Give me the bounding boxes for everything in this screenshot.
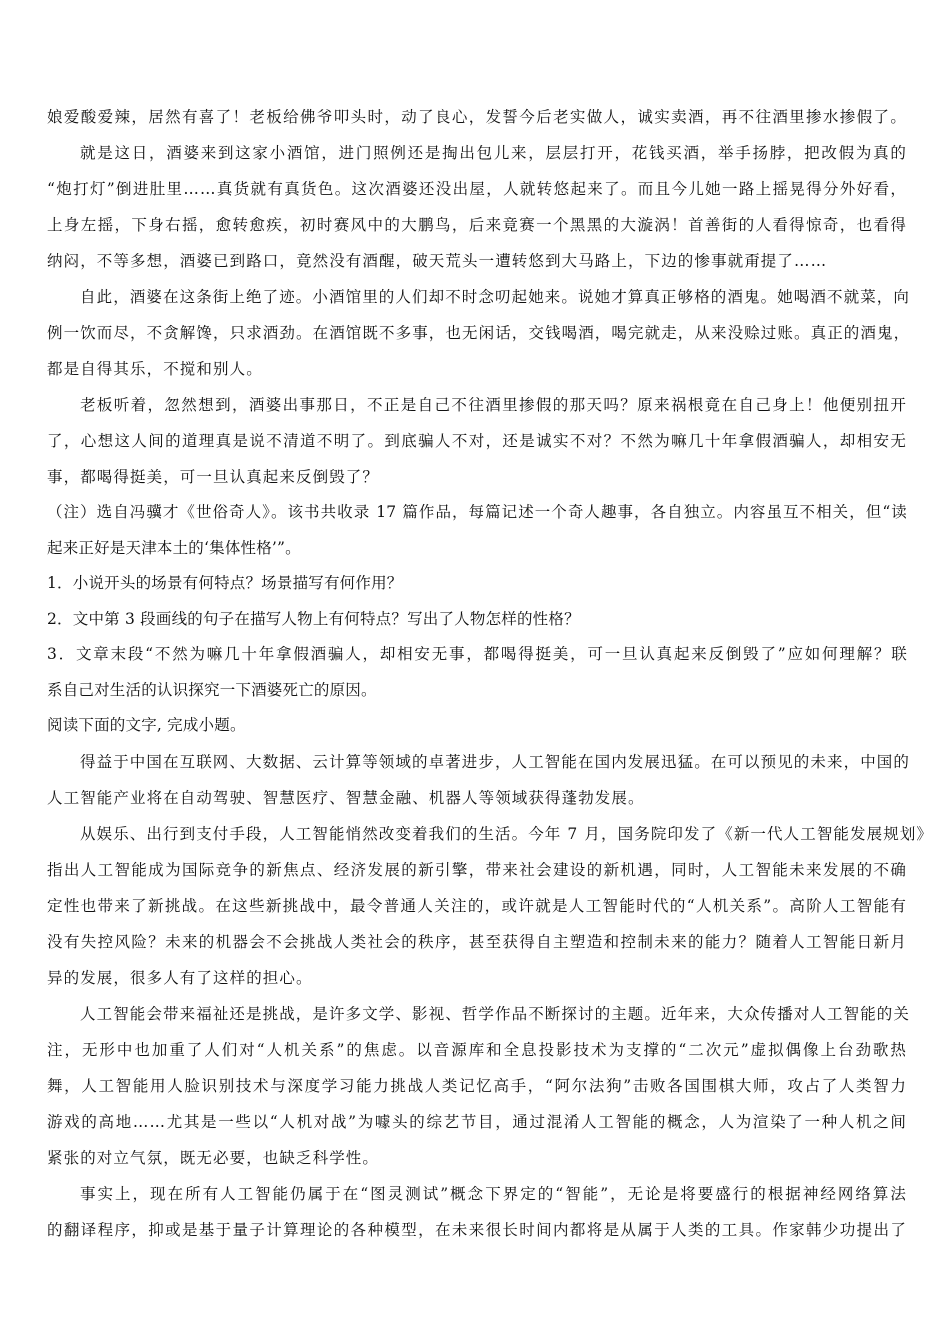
text-line: 人工智能产业将在自动驾驶、智慧医疗、智慧金融、机器人等领域获得蓬勃发展。: [47, 780, 907, 816]
text-line: 人工智能会带来福祉还是挑战，是许多文学、影视、哲学作品不断探讨的主题。近年来，大…: [47, 996, 907, 1032]
text-line: 的翻译程序，抑或是基于量子计算理论的各种模型，在未来很长时间内都将是从属于人类的…: [47, 1212, 907, 1248]
text-line: 例一饮而尽，不贪解馋，只求酒劲。在酒馆既不多事，也无闲话，交钱喝酒，喝完就走，从…: [47, 315, 907, 351]
story-section: 娘爱酸爱辣，居然有喜了！老板给佛爷叩头时，动了良心，发誓今后老实做人，诚实卖酒，…: [47, 99, 907, 495]
text-line: 上身左摇，下身右摇，愈转愈疾，初时赛风中的大鹏鸟，后来竟赛一个黑黑的大漩涡！首善…: [47, 207, 907, 243]
text-line: 都是自得其乐，不搅和别人。: [47, 351, 907, 387]
text-line: 指出人工智能成为国际竞争的新焦点、经济发展的新引擎，带来社会建设的新机遇，同时，…: [47, 852, 907, 888]
text-line: 紧张的对立气氛，既无必要，也缺乏科学性。: [47, 1140, 907, 1176]
question-text: 文中第 3 段画线的句子在描写人物上有何特点？写出了人物怎样的性格？: [73, 610, 580, 628]
source-note: （注）选自冯骥才《世俗奇人》。该书共收录 17 篇作品，每篇记述一个奇人趣事，各…: [47, 495, 907, 566]
question-text: 小说开头的场景有何特点？场景描写有何作用？: [73, 574, 403, 592]
question-number: 2．: [47, 610, 73, 628]
question-3: 3．文章末段“不然为嘛几十年拿假酒骗人，却相安无事，都喝得挺美，可一旦认真起来反…: [47, 637, 907, 673]
document-page: 娘爱酸爱辣，居然有喜了！老板给佛爷叩头时，动了良心，发誓今后老实做人，诚实卖酒，…: [47, 99, 907, 1248]
article-paragraph-4: 事实上，现在所有人工智能仍属于在“图灵测试”概念下界定的“智能”，无论是将要盛行…: [47, 1176, 907, 1248]
text-line: 娘爱酸爱辣，居然有喜了！老板给佛爷叩头时，动了良心，发誓今后老实做人，诚实卖酒，…: [47, 99, 907, 135]
question-text: 文章末段“不然为嘛几十年拿假酒骗人，却相安无事，都喝得挺美，可一旦认真起来反倒毁…: [76, 645, 907, 663]
text-line: 异的发展，很多人有了这样的担心。: [47, 960, 907, 996]
article-section: 得益于中国在互联网、大数据、云计算等领域的卓著进步，人工智能在国内发展迅猛。在可…: [47, 744, 907, 1248]
question-1: 1．小说开头的场景有何特点？场景描写有何作用？: [47, 566, 907, 602]
story-paragraph-2: 就是这日，酒婆来到这家小酒馆，进门照例还是掏出包儿来，层层打开，花钱买酒，举手扬…: [47, 135, 907, 279]
question-3-continued: 系自己对生活的认识探究一下酒婆死亡的原因。: [47, 673, 907, 709]
text-line: 自此，酒婆在这条街上绝了迹。小酒馆里的人们却不时念叨起她来。说她才算真正够格的酒…: [47, 279, 907, 315]
story-paragraph-1: 娘爱酸爱辣，居然有喜了！老板给佛爷叩头时，动了良心，发誓今后老实做人，诚实卖酒，…: [47, 99, 907, 135]
text-line: 老板听着，忽然想到，酒婆出事那日，不正是自己不往酒里掺假的那天吗？原来祸根竟在自…: [47, 387, 907, 423]
text-line: 游戏的高地……尤其是一些以“人机对战”为噱头的综艺节目，通过混淆人工智能的概念，…: [47, 1104, 907, 1140]
reading-instruction: 阅读下面的文字, 完成小题。: [47, 708, 907, 744]
text-line: 纳闷，不等多想，酒婆已到路口，竟然没有酒醒，破天荒头一遭转悠到大马路上，下边的惨…: [47, 243, 907, 279]
article-paragraph-1: 得益于中国在互联网、大数据、云计算等领域的卓著进步，人工智能在国内发展迅猛。在可…: [47, 744, 907, 816]
text-line: 事，都喝得挺美，可一旦认真起来反倒毁了？: [47, 459, 907, 495]
text-line: 注，无形中也加重了人们对“人机关系”的焦虑。以音源库和全息投影技术为支撑的“二次…: [47, 1032, 907, 1068]
question-number: 1．: [47, 574, 73, 592]
question-2: 2．文中第 3 段画线的句子在描写人物上有何特点？写出了人物怎样的性格？: [47, 602, 907, 638]
text-line: （注）选自冯骥才《世俗奇人》。该书共收录 17 篇作品，每篇记述一个奇人趣事，各…: [47, 495, 907, 531]
article-paragraph-3: 人工智能会带来福祉还是挑战，是许多文学、影视、哲学作品不断探讨的主题。近年来，大…: [47, 996, 907, 1176]
article-paragraph-2: 从娱乐、出行到支付手段，人工智能悄然改变着我们的生活。今年 7 月，国务院印发了…: [47, 816, 907, 996]
text-line: 就是这日，酒婆来到这家小酒馆，进门照例还是掏出包儿来，层层打开，花钱买酒，举手扬…: [47, 135, 907, 171]
text-line: “炮打灯”倒进肚里……真货就有真货色。这次酒婆还没出屋，人就转悠起来了。而且今儿…: [47, 171, 907, 207]
text-line: 事实上，现在所有人工智能仍属于在“图灵测试”概念下界定的“智能”，无论是将要盛行…: [47, 1176, 907, 1212]
text-line: 舞，人工智能用人脸识别技术与深度学习能力挑战人类记忆高手，“阿尔法狗”击败各国围…: [47, 1068, 907, 1104]
text-line: 了，心想这人间的道理真是说不清道不明了。到底骗人不对，还是诚实不对？不然为嘛几十…: [47, 423, 907, 459]
story-paragraph-3: 自此，酒婆在这条街上绝了迹。小酒馆里的人们却不时念叨起她来。说她才算真正够格的酒…: [47, 279, 907, 387]
text-line: 定性也带来了新挑战。在这些新挑战中，最令普通人关注的，或许就是人工智能时代的“人…: [47, 888, 907, 924]
text-line: 没有失控风险？未来的机器会不会挑战人类社会的秩序，甚至获得自主塑造和控制未来的能…: [47, 924, 907, 960]
text-line: 起来正好是天津本土的‘集体性格’”。: [47, 531, 907, 567]
question-list: 1．小说开头的场景有何特点？场景描写有何作用？ 2．文中第 3 段画线的句子在描…: [47, 566, 907, 744]
text-line: 从娱乐、出行到支付手段，人工智能悄然改变着我们的生活。今年 7 月，国务院印发了…: [47, 816, 907, 852]
question-number: 3．: [47, 645, 76, 663]
story-paragraph-4: 老板听着，忽然想到，酒婆出事那日，不正是自己不往酒里掺假的那天吗？原来祸根竟在自…: [47, 387, 907, 495]
text-line: 得益于中国在互联网、大数据、云计算等领域的卓著进步，人工智能在国内发展迅猛。在可…: [47, 744, 907, 780]
